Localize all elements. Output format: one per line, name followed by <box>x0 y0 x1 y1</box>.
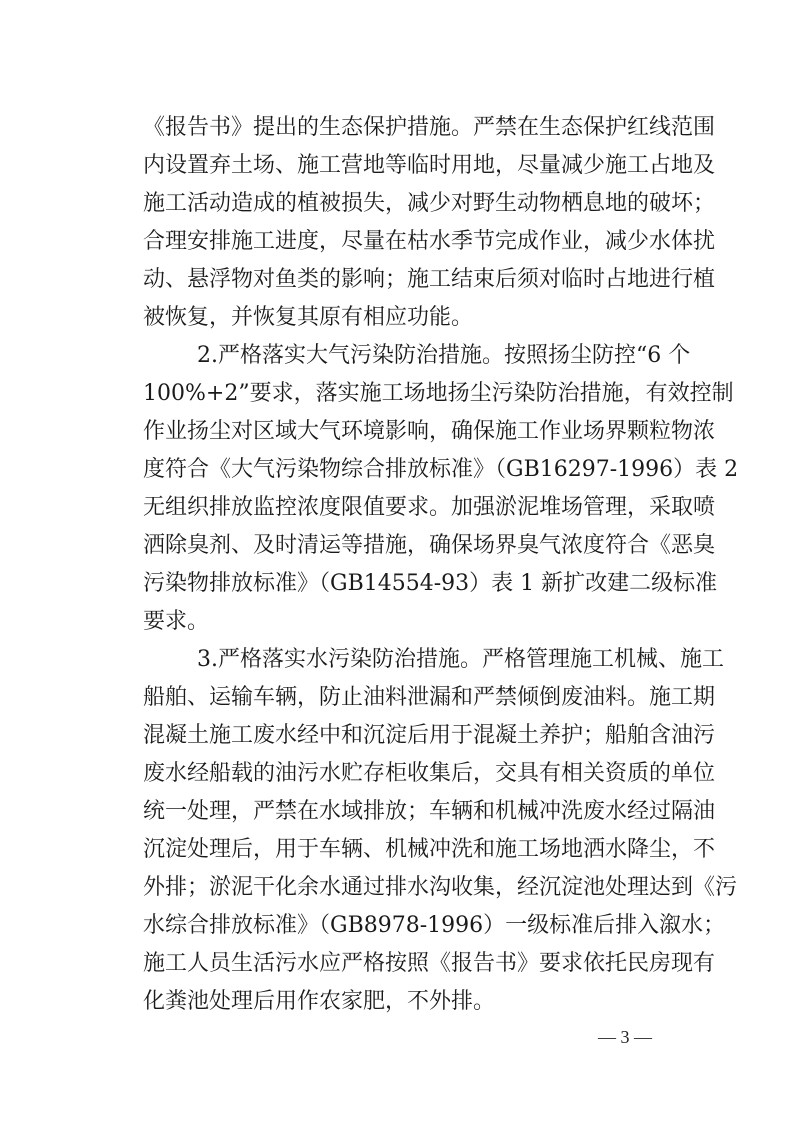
text-line: 动、悬浮物对鱼类的影响；施工结束后须对临时占地进行植 <box>143 261 688 299</box>
text-line: 统一处理，严禁在水域排放；车辆和机械冲洗废水经过隔油 <box>143 793 688 831</box>
text-line: 化粪池处理后用作农家肥，不外排。 <box>143 983 688 1021</box>
text-line: 水综合排放标准》（GB8978-1996）一级标准后排入溆水； <box>143 907 688 945</box>
text-line: 废水经船载的油污水贮存柜收集后，交具有相关资质的单位 <box>143 755 688 793</box>
text-line: 2.严格落实大气污染防治措施。按照扬尘防控“6 个 <box>143 337 688 375</box>
paragraph-air-pollution: 2.严格落实大气污染防治措施。按照扬尘防控“6 个 100%+2”要求，落实施工… <box>143 337 688 641</box>
document-body: 《报告书》提出的生态保护措施。严禁在生态保护红线范围 内设置弃土场、施工营地等临… <box>143 109 688 1021</box>
text-line: 要求。 <box>143 603 688 641</box>
text-line: 沉淀处理后，用于车辆、机械冲洗和施工场地洒水降尘，不 <box>143 831 688 869</box>
text-line: 度符合《大气污染物综合排放标准》（GB16297-1996）表 2 <box>143 451 688 489</box>
text-line: 外排；淤泥干化余水通过排水沟收集，经沉淀池处理达到《污 <box>143 869 688 907</box>
text-line: 污染物排放标准》（GB14554-93）表 1 新扩改建二级标准 <box>143 565 688 603</box>
text-line: 被恢复，并恢复其原有相应功能。 <box>143 299 688 337</box>
text-line: 作业扬尘对区域大气环境影响，确保施工作业场界颗粒物浓 <box>143 413 688 451</box>
text-line: 施工活动造成的植被损失，减少对野生动物栖息地的破坏； <box>143 185 688 223</box>
paragraph-water-pollution: 3.严格落实水污染防治措施。严格管理施工机械、施工 船舶、运输车辆，防止油料泄漏… <box>143 641 688 1021</box>
text-line: 3.严格落实水污染防治措施。严格管理施工机械、施工 <box>143 641 688 679</box>
text-line: 合理安排施工进度，尽量在枯水季节完成作业，减少水体扰 <box>143 223 688 261</box>
text-line: 内设置弃土场、施工营地等临时用地，尽量减少施工占地及 <box>143 147 688 185</box>
text-line: 混凝土施工废水经中和沉淀后用于混凝土养护；船舶含油污 <box>143 717 688 755</box>
page-number: — 3 — <box>598 1024 652 1050</box>
text-line: 无组织排放监控浓度限值要求。加强淤泥堆场管理，采取喷 <box>143 489 688 527</box>
document-page: 《报告书》提出的生态保护措施。严禁在生态保护红线范围 内设置弃土场、施工营地等临… <box>0 0 793 1121</box>
text-line: 施工人员生活污水应严格按照《报告书》要求依托民房现有 <box>143 945 688 983</box>
text-line: 100%+2”要求，落实施工场地扬尘污染防治措施，有效控制 <box>143 375 688 413</box>
paragraph-ecological-protection: 《报告书》提出的生态保护措施。严禁在生态保护红线范围 内设置弃土场、施工营地等临… <box>143 109 688 337</box>
text-line: 洒除臭剂、及时清运等措施，确保场界臭气浓度符合《恶臭 <box>143 527 688 565</box>
text-line: 船舶、运输车辆，防止油料泄漏和严禁倾倒废油料。施工期 <box>143 679 688 717</box>
text-line: 《报告书》提出的生态保护措施。严禁在生态保护红线范围 <box>143 109 688 147</box>
